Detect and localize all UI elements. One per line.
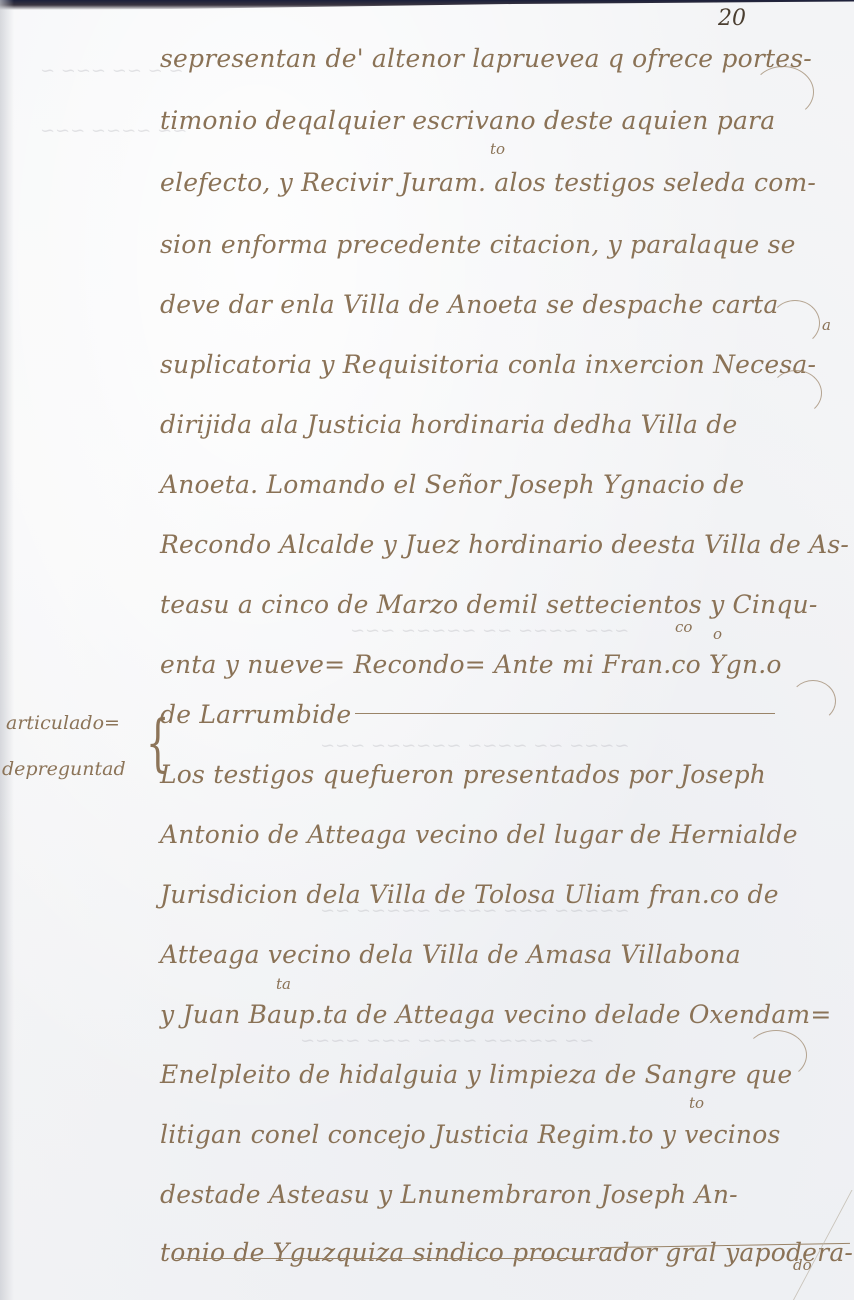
text-line: Antonio de Atteaga vecino del lugar de H… bbox=[160, 820, 798, 849]
ink-flourish bbox=[770, 370, 822, 416]
text-line: Enelpleito de hidalguia y limpieza de Sa… bbox=[160, 1060, 792, 1089]
superscript-abbrev: to bbox=[490, 140, 505, 158]
page-left-shadow bbox=[0, 0, 14, 1300]
bleed-through-text: ~~~~ ~~ ~~~~ ~~~~~~ ~~~ bbox=[320, 735, 629, 756]
superscript-abbrev: o bbox=[713, 625, 722, 643]
ink-flourish bbox=[745, 1030, 807, 1080]
line-filler-rule bbox=[355, 713, 775, 714]
superscript-abbrev: co bbox=[675, 618, 692, 636]
text-line: enta y nueve= Recondo= Ante mi Fran.co Y… bbox=[160, 650, 782, 679]
ink-flourish bbox=[770, 300, 820, 346]
text-line: tonio de Yguzquiza sindico procurador gr… bbox=[160, 1238, 853, 1267]
text-line: de Larrumbide bbox=[160, 700, 351, 729]
superscript-abbrev: ta bbox=[276, 975, 291, 993]
manuscript-page: ~ ~ ~~ ~~~ ~ ~~ ~~~~ ~~~ ~~~ ~~~~ ~~ ~~~… bbox=[0, 0, 854, 1300]
margin-note-line-2: depreguntad bbox=[2, 758, 126, 780]
superscript-abbrev: a bbox=[822, 316, 831, 334]
text-line: sion enforma precedente citacion, y para… bbox=[160, 230, 796, 259]
text-line: suplicatoria y Requisitoria conla inxerc… bbox=[160, 350, 816, 379]
text-line: destade Asteasu y Lnunembraron Joseph An… bbox=[160, 1180, 738, 1209]
line-filler-rule bbox=[175, 1258, 595, 1259]
text-line: y Juan Baup.ta de Atteaga vecino delade … bbox=[160, 1000, 832, 1029]
margin-note-line-1: articulado= bbox=[6, 712, 120, 734]
text-line: Recondo Alcalde y Juez hordinario deesta… bbox=[160, 530, 849, 559]
bleed-through-text: ~~~ ~~~~ ~~ ~~~~~ ~~~ bbox=[350, 620, 629, 641]
text-line: sepresentan de' altenor lapruevea q ofre… bbox=[160, 44, 812, 73]
text-line: Jurisdicion dela Villa de Tolosa Uliam f… bbox=[160, 880, 779, 909]
superscript-abbrev: to bbox=[689, 1094, 704, 1112]
ink-flourish bbox=[752, 66, 814, 118]
ink-flourish bbox=[790, 680, 836, 722]
text-line: Atteaga vecino dela Villa de Amasa Villa… bbox=[160, 940, 741, 969]
text-line: teasu a cinco de Marzo demil setteciento… bbox=[160, 590, 818, 619]
text-line: timonio deqalquier escrivano deste aquie… bbox=[160, 106, 775, 135]
text-line: litigan conel concejo Justicia Regim.to … bbox=[160, 1120, 781, 1149]
text-line: deve dar enla Villa de Anoeta se despach… bbox=[160, 290, 778, 319]
text-line: dirijida ala Justicia hordinaria dedha V… bbox=[160, 410, 737, 439]
text-line: Los testigos quefueron presentados por J… bbox=[160, 760, 766, 789]
folio-number: 20 bbox=[718, 6, 746, 31]
text-line: elefecto, y Recivir Juram. alos testigos… bbox=[160, 168, 816, 197]
text-line: Anoeta. Lomando el Señor Joseph Ygnacio … bbox=[160, 470, 744, 499]
bleed-through-text: ~~ ~~~~~ ~~~~ ~~~ ~~~~ bbox=[300, 1030, 594, 1051]
